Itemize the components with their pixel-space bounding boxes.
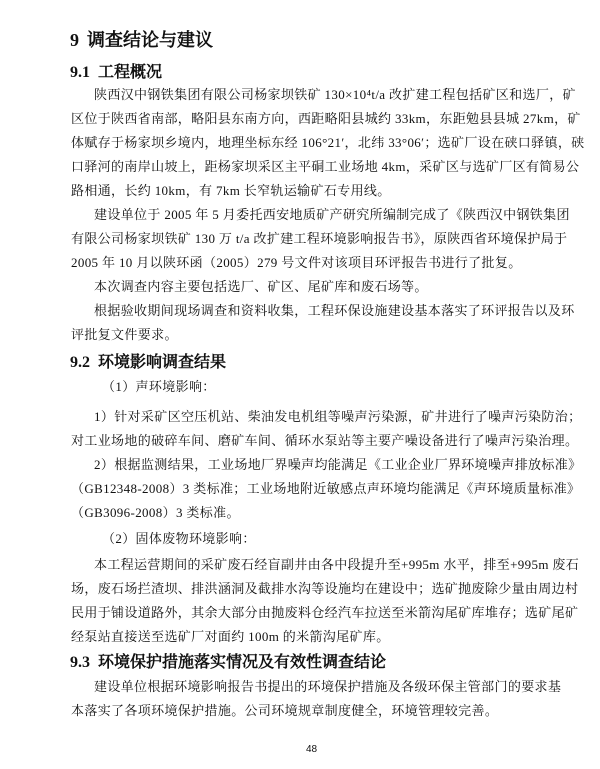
paragraph-line: 本落实了各项环境保护措施。公司环境规章制度健全，环境管理较完善。 [71,702,533,720]
section-number: 9.1 [70,64,90,81]
paragraph-line: 本工程运营期间的采矿废石经盲副井由各中段提升至+995m 水平，排至+995m … [94,556,533,574]
section-title: 环境影响调查结果 [98,354,226,371]
paragraph-line: 2005 年 10 月以陕环函（2005）279 号文件对该项目环评报告书进行了… [71,254,533,272]
section-heading-9-2: 9.2环境影响调查结果 [70,352,226,374]
paragraph-line: 经泵站直接送至选矿厂对面约 100m 的米箭沟尾矿库。 [71,628,533,646]
paragraph-line: 民用于铺设道路外，其余大部分由抛废料仓经汽车拉送至米箭沟尾矿库堆存；选矿尾矿 [71,604,533,622]
section-title: 工程概况 [98,64,162,81]
paragraph-line: 体赋存于杨家坝乡境内，地理坐标东经 106°21′，北纬 33°06′；选矿厂设… [71,134,533,152]
section-number: 9.2 [70,354,90,371]
subheading-noise: （1）声环境影响： [102,378,564,396]
paragraph-line: 陕西汉中钢铁集团有限公司杨家坝铁矿 130×10⁴t/a 改扩建工程包括矿区和选… [94,86,533,104]
paragraph-line: 2）根据监测结果，工业场地厂界噪声均能满足《工业企业厂界环境噪声排放标准》 [94,456,533,474]
paragraph-line: （GB12348-2008）3 类标准；工业场地附近敏感点声环境均能满足《声环境… [71,480,533,498]
paragraph-line: 区位于陕西省南部，略阳县东南方向，西距略阳县城约 33km，东距勉县县城 27k… [71,110,533,128]
paragraph-line: 建设单位于 2005 年 5 月委托西安地质矿产研究所编制完成了《陕西汉中钢铁集… [94,206,533,224]
section-heading-9-3: 9.3环境保护措施落实情况及有效性调查结论 [70,652,386,674]
section-heading-9-1: 9.1工程概况 [70,62,162,84]
paragraph-line: 根据验收期间现场调查和资料收集，工程环保设施建设基本落实了环评报告以及环 [94,302,533,320]
page-number: 48 [306,744,317,755]
paragraph-line: 口驿河的南岸山坡上，距杨家坝采区主平硐工业场地 4km，采矿区与选矿厂区有简易公 [71,158,533,176]
paragraph-line: 建设单位根据环境影响报告书提出的环境保护措施及各级环保主管部门的要求基 [94,678,533,696]
paragraph-line: 本次调查内容主要包括选厂、矿区、尾矿库和废石场等。 [94,278,533,296]
paragraph-line: 路相通，长约 10km，有 7km 长窄轨运输矿石专用线。 [71,182,533,200]
subheading-solid-waste: （2）固体废物环境影响： [102,530,564,548]
chapter-heading: 9调查结论与建议 [70,28,213,52]
paragraph-line: （GB3096-2008）3 类标准。 [71,504,533,522]
paragraph-line: 对工业场地的破碎车间、磨矿车间、循环水泵站等主要产噪设备进行了噪声污染治理。 [71,432,533,450]
document-page: 9调查结论与建议 9.1工程概况 陕西汉中钢铁集团有限公司杨家坝铁矿 130×1… [0,0,600,769]
section-title: 环境保护措施落实情况及有效性调查结论 [98,654,386,671]
paragraph-line: 场，废石场拦渣坝、排洪涵洞及截排水沟等设施均在建设中；选矿抛废除少量由周边村 [71,580,533,598]
section-number: 9.3 [70,654,90,671]
chapter-number: 9 [70,30,79,50]
paragraph-line: 有限公司杨家坝铁矿 130 万 t/a 改扩建工程环境影响报告书》，原陕西省环境… [71,230,533,248]
paragraph-line: 评批复文件要求。 [71,326,533,344]
chapter-title: 调查结论与建议 [87,30,213,50]
paragraph-line: 1）针对采矿区空压机站、柴油发电机组等噪声污染源，矿井进行了噪声污染防治； [94,408,533,426]
